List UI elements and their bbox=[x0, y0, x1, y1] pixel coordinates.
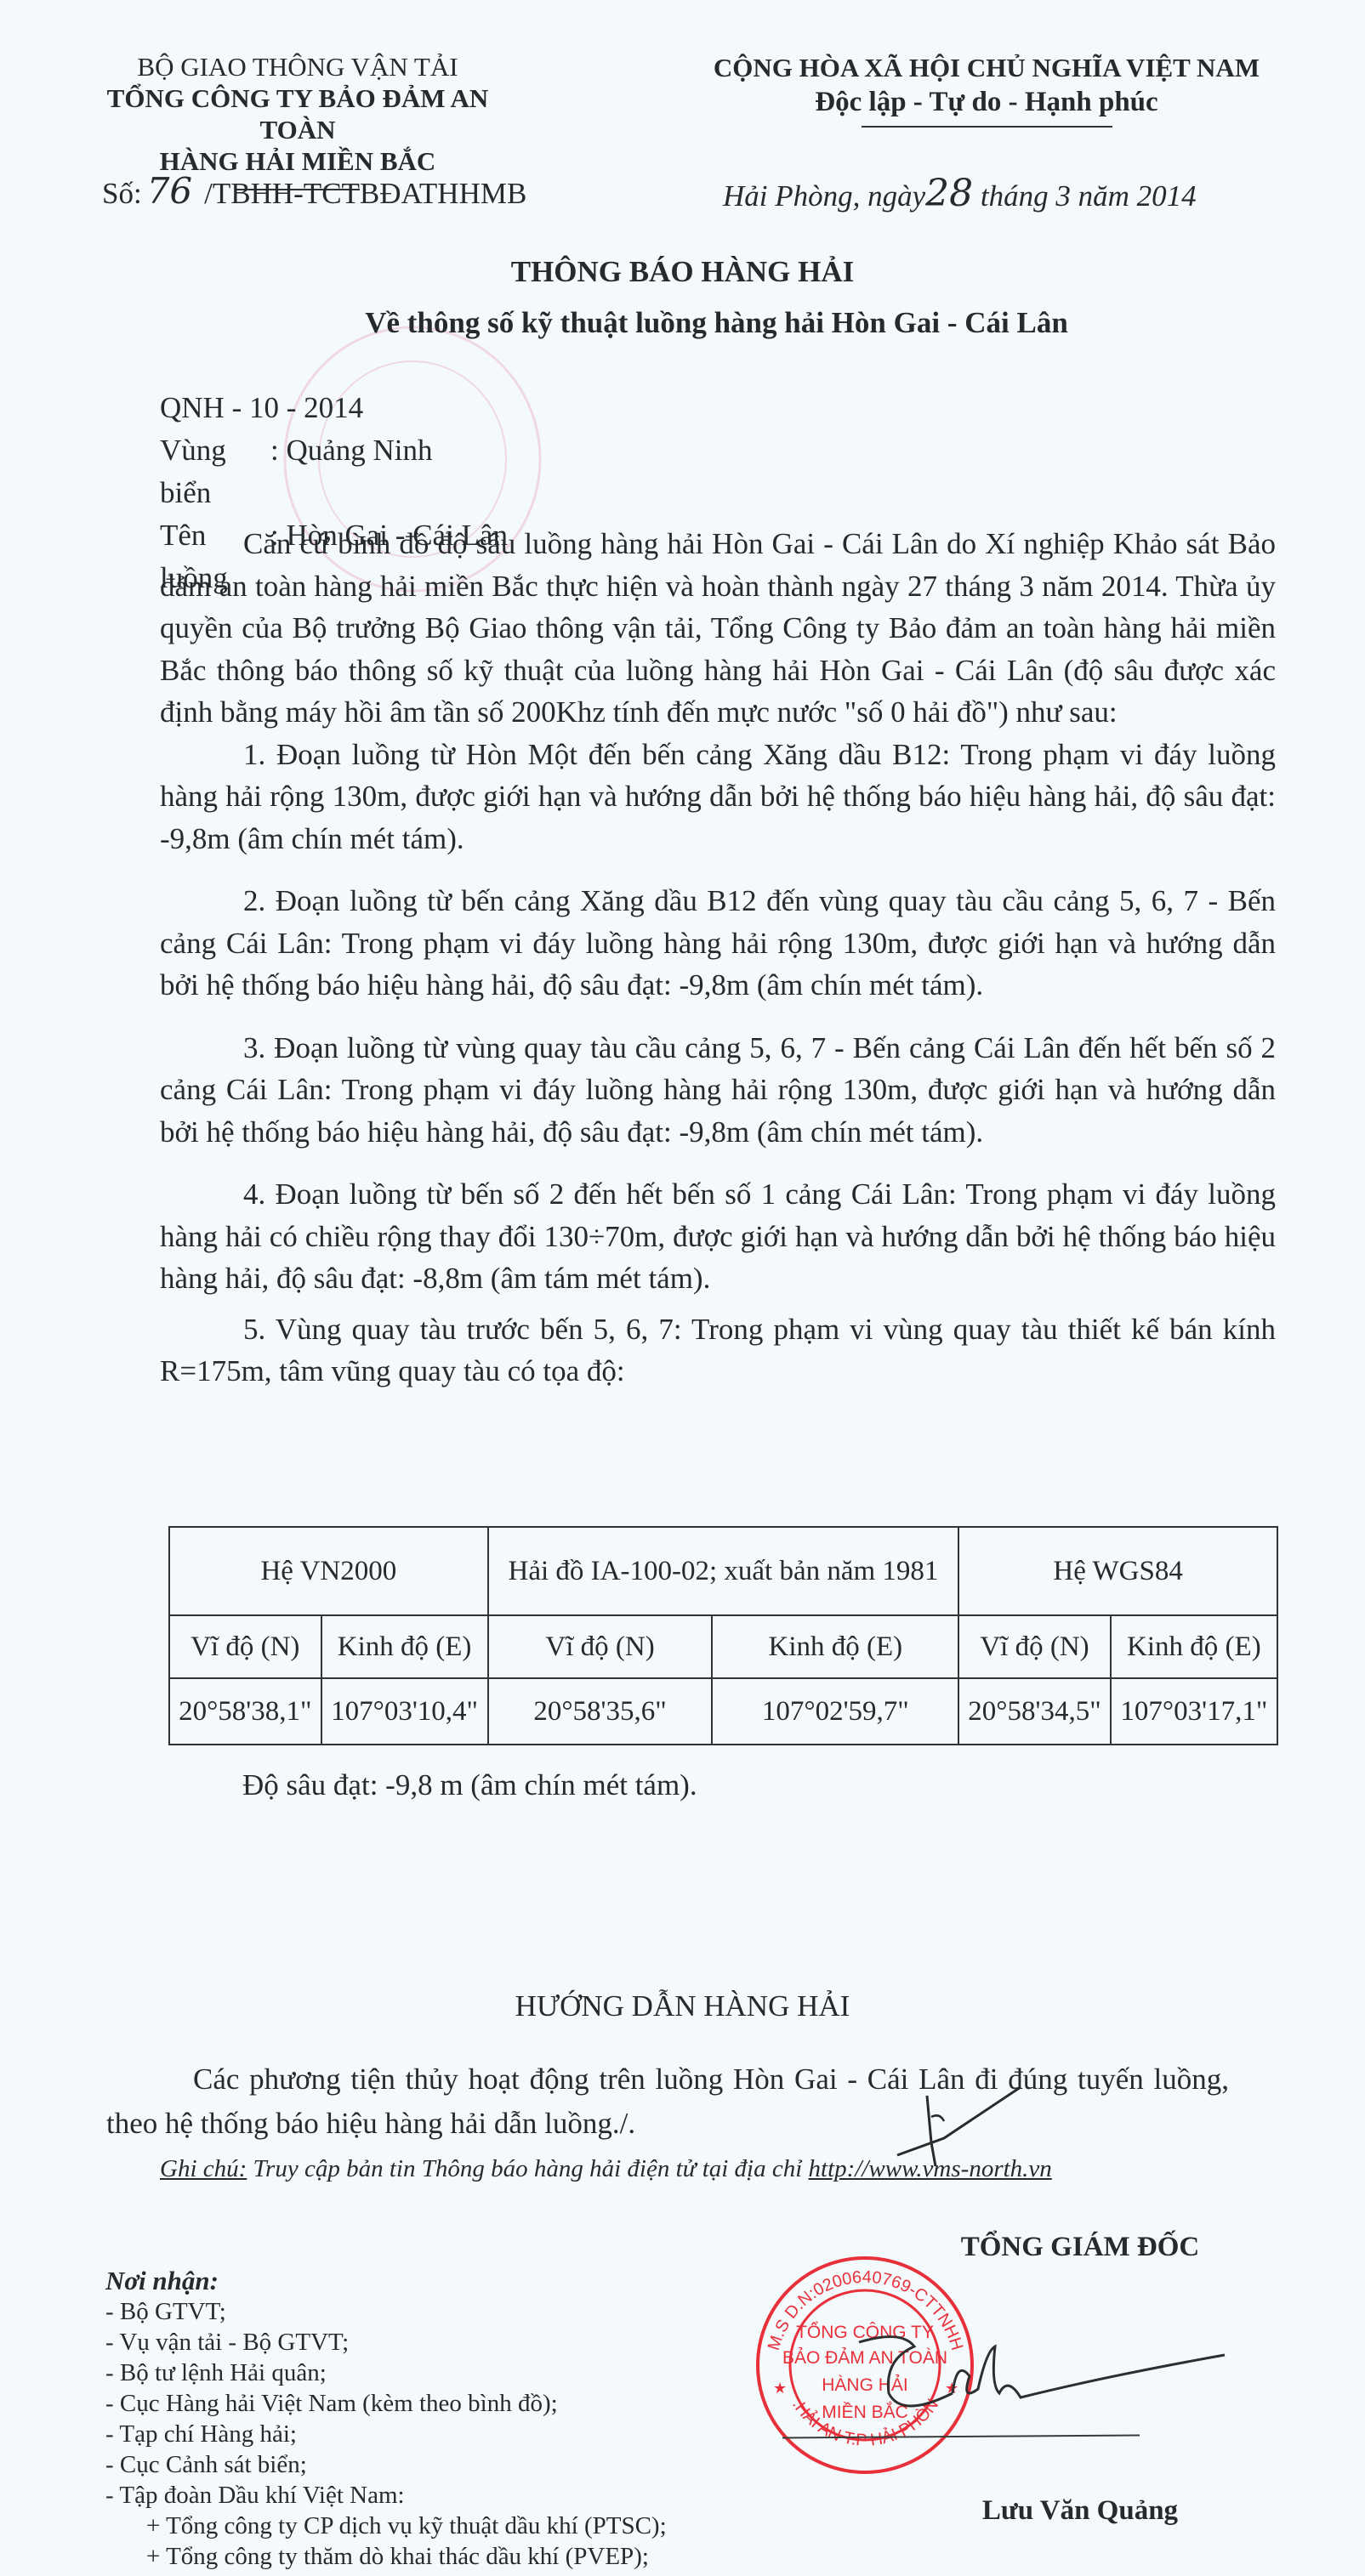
nation-name: CỘNG HÒA XÃ HỘI CHỦ NGHĨA VIỆT NAM bbox=[680, 51, 1293, 85]
svg-text:★: ★ bbox=[773, 2380, 787, 2397]
doc-no-suffix: /TBHH-TCTBĐATHHMB bbox=[204, 177, 526, 210]
wgs84-lat: 20°58'34,5" bbox=[958, 1678, 1111, 1745]
item-5: 5. Vùng quay tàu trước bến 5, 6, 7: Tron… bbox=[160, 1308, 1276, 1393]
group-chart-ia-100-02: Hải đồ IA-100-02; xuất bản năm 1981 bbox=[488, 1527, 959, 1615]
chart-lat: 20°58'35,6" bbox=[488, 1678, 713, 1745]
wgs84-lon: 107°03'17,1" bbox=[1111, 1678, 1277, 1745]
document-number: Số:76/TBHH-TCTBĐATHHMB bbox=[102, 170, 526, 212]
table-subheader-row: Vĩ độ (N) Kinh độ (E) Vĩ độ (N) Kinh độ … bbox=[169, 1615, 1277, 1678]
guidance-text: Các phương tiện thủy hoạt động trên luồn… bbox=[106, 2057, 1229, 2146]
place-date-prefix: Hải Phòng, ngày bbox=[723, 179, 925, 213]
document-page: BỘ GIAO THÔNG VẬN TẢI TỔNG CÔNG TY BẢO Đ… bbox=[0, 0, 1365, 2576]
list-item: - Bộ tư lệnh Hải quân; bbox=[105, 2358, 667, 2388]
chart-lon: 107°02'59,7" bbox=[712, 1678, 958, 1745]
note-label: Ghi chú: bbox=[160, 2155, 247, 2182]
item-1: 1. Đoạn luồng từ Hòn Một đến bến cảng Xă… bbox=[160, 734, 1276, 860]
national-header: CỘNG HÒA XÃ HỘI CHỦ NGHĨA VIỆT NAM Độc l… bbox=[680, 51, 1293, 128]
notice-subtitle: Về thông số kỹ thuật luồng hàng hải Hòn … bbox=[0, 306, 1365, 340]
list-sub-item: + Tổng công ty CP dịch vụ kỹ thuật dầu k… bbox=[105, 2511, 667, 2541]
recipients-list: Nơi nhận: - Bộ GTVT; - Vụ vận tải - Bộ G… bbox=[105, 2266, 667, 2572]
item-3: 3. Đoạn luồng từ vùng quay tàu cầu cảng … bbox=[160, 1027, 1276, 1154]
depth-note: Độ sâu đạt: -9,8 m (âm chín mét tám). bbox=[242, 1768, 697, 1802]
notice-body: Căn cứ bình đồ độ sâu luồng hàng hải Hòn… bbox=[160, 523, 1276, 1393]
coordinates-table: Hệ VN2000 Hải đồ IA-100-02; xuất bản năm… bbox=[168, 1526, 1278, 1745]
list-item: - Vụ vận tải - Bộ GTVT; bbox=[105, 2327, 667, 2358]
subheader-lon: Kinh độ (E) bbox=[321, 1615, 488, 1678]
handwritten-signature-icon bbox=[850, 2325, 1242, 2427]
guidance-paragraph: Các phương tiện thủy hoạt động trên luồn… bbox=[106, 2057, 1229, 2146]
note-text: Truy cập bản tin Thông báo hàng hải điện… bbox=[247, 2155, 808, 2182]
intro-paragraph: Căn cứ bình đồ độ sâu luồng hàng hải Hòn… bbox=[160, 523, 1276, 734]
subheader-lat: Vĩ độ (N) bbox=[488, 1615, 713, 1678]
place-date: Hải Phòng, ngày28 tháng 3 năm 2014 bbox=[723, 172, 1197, 215]
sea-area-label: Vùng biển bbox=[160, 429, 270, 514]
website-link[interactable]: http://www.vms-north.vn bbox=[809, 2155, 1052, 2182]
list-sub-item: + Tổng công ty thăm dò khai thác dầu khí… bbox=[105, 2541, 667, 2572]
notice-code: QNH - 10 - 2014 bbox=[160, 387, 508, 429]
initial-mark-icon bbox=[893, 2074, 1029, 2168]
ministry-name: BỘ GIAO THÔNG VẬN TẢI bbox=[102, 51, 493, 82]
doc-no-handwritten: 76 bbox=[147, 170, 192, 212]
subheader-lat: Vĩ độ (N) bbox=[958, 1615, 1111, 1678]
group-vn2000: Hệ VN2000 bbox=[169, 1527, 488, 1615]
item-2: 2. Đoạn luồng từ bến cảng Xăng dầu B12 đ… bbox=[160, 880, 1276, 1007]
sea-area-value: : Quảng Ninh bbox=[270, 429, 433, 514]
national-motto: Độc lập - Tự do - Hạnh phúc bbox=[815, 85, 1157, 119]
list-item: - Bộ GTVT; bbox=[105, 2296, 667, 2327]
note-line: Ghi chú: Truy cập bản tin Thông báo hàng… bbox=[160, 2155, 1052, 2183]
place-date-suffix: tháng 3 năm 2014 bbox=[981, 179, 1197, 213]
item-4: 4. Đoạn luồng từ bến số 2 đến hết bến số… bbox=[160, 1173, 1276, 1300]
list-item: - Tạp chí Hàng hải; bbox=[105, 2419, 667, 2449]
subheader-lat: Vĩ độ (N) bbox=[169, 1615, 321, 1678]
day-handwritten: 28 bbox=[925, 172, 973, 215]
signer-name: Lưu Văn Quảng bbox=[850, 2495, 1310, 2527]
subheader-lon: Kinh độ (E) bbox=[1111, 1615, 1277, 1678]
table-group-header-row: Hệ VN2000 Hải đồ IA-100-02; xuất bản năm… bbox=[169, 1527, 1277, 1615]
doc-no-label: Số: bbox=[102, 177, 142, 210]
motto-divider bbox=[862, 126, 1112, 128]
list-item: - Cục Hàng hải Việt Nam (kèm theo bình đ… bbox=[105, 2388, 667, 2419]
notice-title: THÔNG BÁO HÀNG HẢI bbox=[0, 255, 1365, 289]
recipients-heading: Nơi nhận: bbox=[105, 2266, 667, 2296]
group-wgs84: Hệ WGS84 bbox=[958, 1527, 1277, 1615]
table-row: 20°58'38,1" 107°03'10,4" 20°58'35,6" 107… bbox=[169, 1678, 1277, 1745]
vn2000-lat: 20°58'38,1" bbox=[169, 1678, 321, 1745]
subheader-lon: Kinh độ (E) bbox=[712, 1615, 958, 1678]
sea-area-row: Vùng biển : Quảng Ninh bbox=[160, 429, 508, 514]
list-item: - Cục Cảnh sát biển; bbox=[105, 2449, 667, 2480]
list-item: - Tập đoàn Dầu khí Việt Nam: bbox=[105, 2480, 667, 2511]
vn2000-lon: 107°03'10,4" bbox=[321, 1678, 488, 1745]
guidance-title: HƯỚNG DẪN HÀNG HẢI bbox=[0, 1989, 1365, 2023]
org-name-line1: TỔNG CÔNG TY BẢO ĐẢM AN TOÀN bbox=[102, 82, 493, 145]
